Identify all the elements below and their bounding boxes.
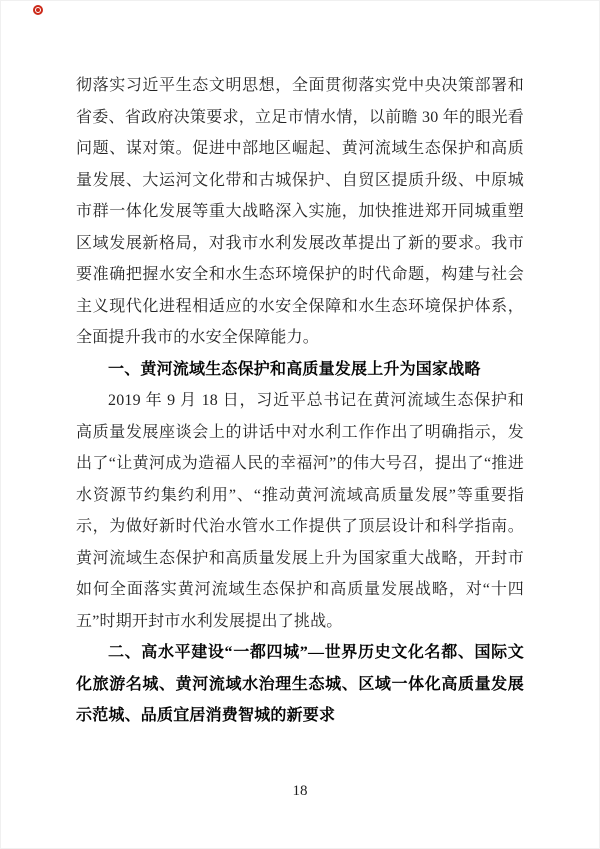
paragraph-continuation: 彻落实习近平生态文明思想，全面贯彻落实党中央决策部署和省委、省政府决策要求，立足… (76, 70, 524, 354)
section-heading-2: 二、高水平建设“一都四城”—世界历史文化名都、国际文化旅游名城、黄河流域水治理生… (76, 637, 524, 732)
document-body: 彻落实习近平生态文明思想，全面贯彻落实党中央决策部署和省委、省政府决策要求，立足… (76, 70, 524, 732)
section-heading-1: 一、黄河流域生态保护和高质量发展上升为国家战略 (76, 354, 524, 386)
page-number: 18 (0, 781, 600, 801)
red-seal-dot-icon (36, 8, 40, 12)
paragraph-section-1: 2019 年 9 月 18 日，习近平总书记在黄河流域生态保护和高质量发展座谈会… (76, 385, 524, 637)
red-seal-icon (33, 5, 43, 15)
document-page: 彻落实习近平生态文明思想，全面贯彻落实党中央决策部署和省委、省政府决策要求，立足… (0, 0, 600, 849)
